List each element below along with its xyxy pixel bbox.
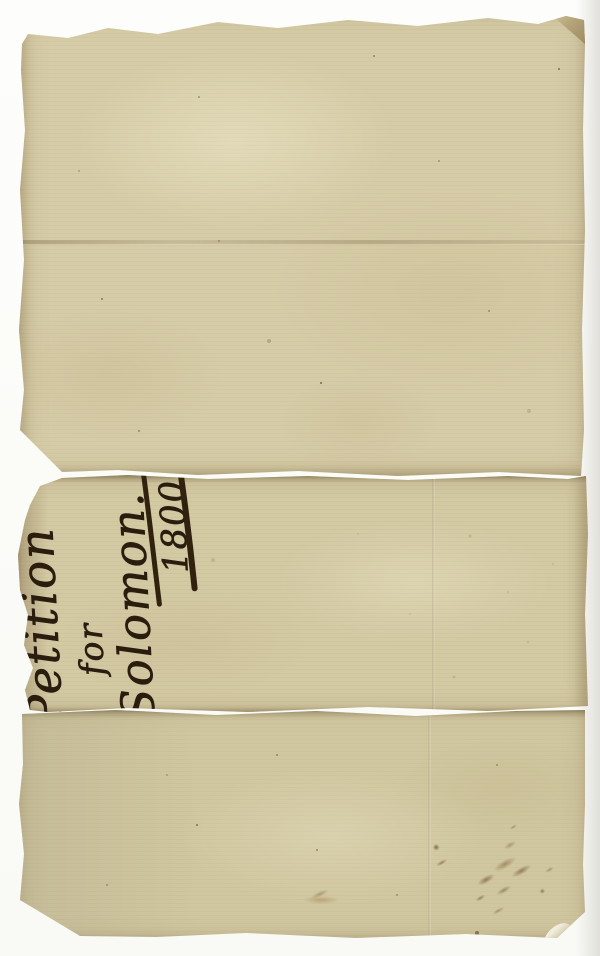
torn-edge-dark-line [8, 474, 22, 714]
handwritten-docket: Petition for Solomon. 1800 [10, 473, 200, 723]
paper-bottom-fold-panel [16, 704, 588, 944]
vertical-crease-middle [432, 474, 435, 714]
top-edge-shadow [18, 10, 586, 17]
ink-smudge-small [301, 880, 339, 908]
horizontal-fold-crease [18, 240, 586, 245]
paper-top-fold-panel [18, 10, 586, 478]
folded-corner-bottom-right [540, 918, 573, 949]
handwriting-line-for: for [70, 621, 112, 680]
document-scan: Petition for Solomon. 1800 [0, 0, 600, 956]
paper-specks [18, 10, 20, 12]
vertical-crease-bottom [428, 704, 431, 944]
paper-middle-fold-panel: Petition for Solomon. 1800 [8, 474, 588, 714]
fold-seam-bottom-panel [16, 709, 588, 719]
handwriting-line-petition: Petition [10, 525, 75, 723]
folded-corner-top-right [549, 10, 585, 44]
paper-specks [16, 704, 18, 706]
